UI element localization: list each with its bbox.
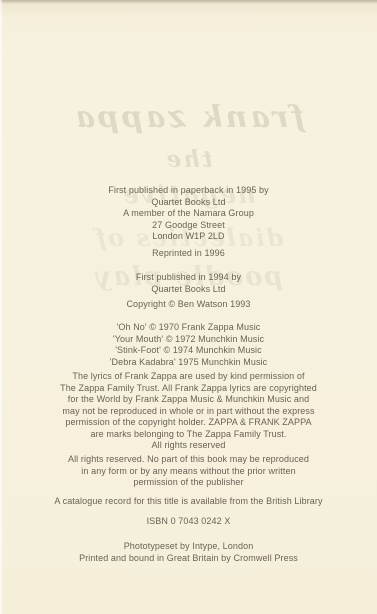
text-line: London W1P 2LD xyxy=(0,231,377,243)
text-line: All rights reserved xyxy=(0,440,377,452)
text-line: may not be reproduced in whole or in par… xyxy=(0,406,377,418)
text-line: 27 Goodge Street xyxy=(0,220,377,232)
text-line: permission of the copyright holder. ZAPP… xyxy=(0,417,377,429)
text-line: in any form or by any means without the … xyxy=(0,466,377,478)
text-line: 'Debra Kadabra' 1975 Munchkin Music xyxy=(0,357,377,369)
text-line: are marks belonging to The Zappa Family … xyxy=(0,429,377,441)
text-line: 'Oh No' © 1970 Frank Zappa Music xyxy=(0,322,377,334)
show-through-title-line: the xyxy=(0,146,377,173)
first-publication-block: First published in 1994 byQuartet Books … xyxy=(0,272,377,295)
text-line: The Zappa Family Trust. All Frank Zappa … xyxy=(0,383,377,395)
text-line: Quartet Books Ltd xyxy=(0,284,377,296)
text-line: ISBN 0 7043 0242 X xyxy=(0,516,377,528)
text-line: Quartet Books Ltd xyxy=(0,197,377,209)
copyright-notice-block: Copyright © Ben Watson 1993 xyxy=(0,299,377,311)
text-line: Printed and bound in Great Britain by Cr… xyxy=(0,553,377,565)
song-copyrights-block: 'Oh No' © 1970 Frank Zappa Music'Your Mo… xyxy=(0,322,377,368)
book-copyright-page: frank zappa the negative dialectics of p… xyxy=(0,0,377,614)
text-line: First published in 1994 by xyxy=(0,272,377,284)
text-line: 'Your Mouth' © 1972 Munchkin Music xyxy=(0,334,377,346)
text-line: Reprinted in 1996 xyxy=(0,248,377,260)
reprint-notice-block: Reprinted in 1996 xyxy=(0,248,377,260)
text-line: A catalogue record for this title is ava… xyxy=(0,496,377,508)
isbn-block: ISBN 0 7043 0242 X xyxy=(0,516,377,528)
text-line: First published in paperback in 1995 by xyxy=(0,185,377,197)
text-line: Phototypeset by Intype, London xyxy=(0,541,377,553)
text-line: All rights reserved. No part of this boo… xyxy=(0,454,377,466)
printing-credits-block: Phototypeset by Intype, LondonPrinted an… xyxy=(0,541,377,564)
paperback-publication-block: First published in paperback in 1995 byQ… xyxy=(0,185,377,243)
text-line: 'Stink-Foot' © 1974 Munchkin Music xyxy=(0,345,377,357)
text-line: permission of the publisher xyxy=(0,477,377,489)
show-through-title-line: frank zappa xyxy=(0,100,377,135)
rights-reserved-block: All rights reserved. No part of this boo… xyxy=(0,454,377,489)
text-line: The lyrics of Frank Zappa are used by ki… xyxy=(0,371,377,383)
text-line: A member of the Namara Group xyxy=(0,208,377,220)
british-library-record-block: A catalogue record for this title is ava… xyxy=(0,496,377,508)
lyrics-permission-block: The lyrics of Frank Zappa are used by ki… xyxy=(0,371,377,452)
text-line: Copyright © Ben Watson 1993 xyxy=(0,299,377,311)
text-line: for the World by Frank Zappa Music & Mun… xyxy=(0,394,377,406)
